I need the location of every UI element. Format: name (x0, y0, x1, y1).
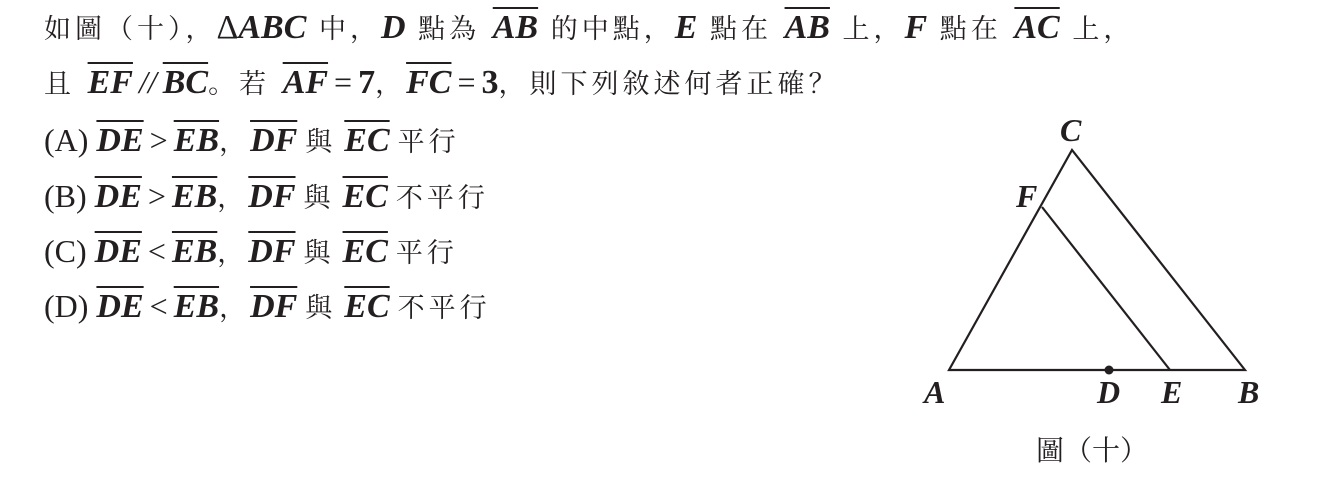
label-a: A (922, 374, 945, 410)
triangle-figure: C F A D E B 圖（十） (0, 0, 1338, 493)
label-d: D (1096, 374, 1120, 410)
label-b: B (1237, 374, 1259, 410)
label-e: E (1160, 374, 1182, 410)
label-f: F (1015, 178, 1037, 214)
figure-caption: 圖（十） (1036, 434, 1148, 467)
segment-ef-line (1042, 207, 1170, 370)
label-c: C (1060, 112, 1082, 148)
triangle-abc-shape (949, 150, 1245, 370)
